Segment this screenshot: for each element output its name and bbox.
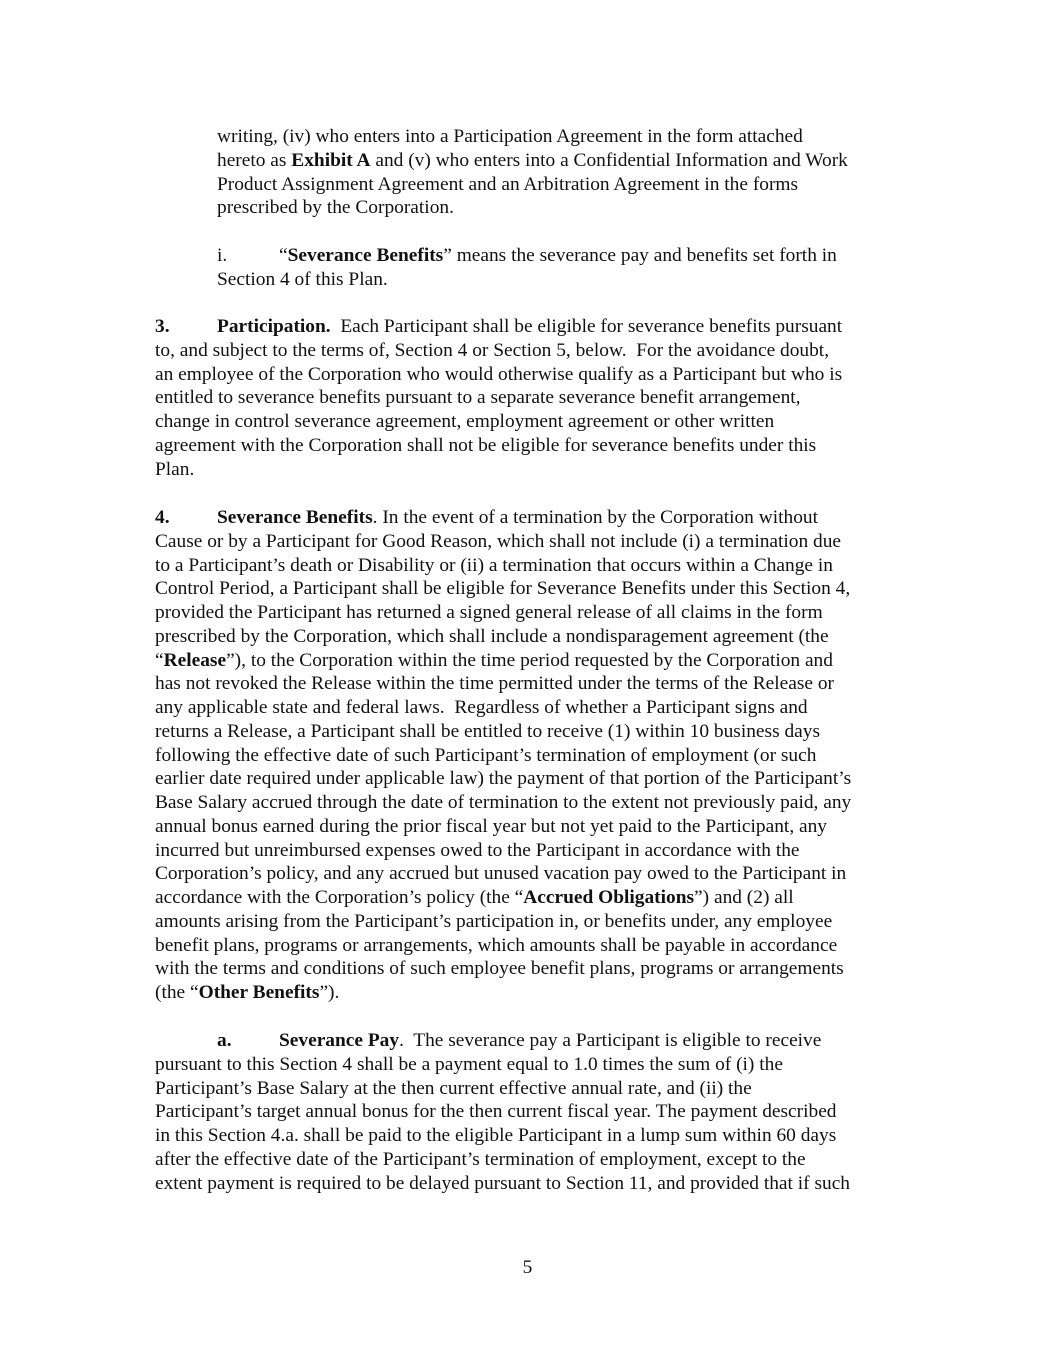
text-line: Product Assignment Agreement and an Arbi… [217,173,848,197]
text-line: entitled to severance benefits pursuant … [155,386,842,410]
text-line: hereto as Exhibit A and (v) who enters i… [217,149,848,173]
text-line: Plan. [155,458,842,482]
definition-severance-benefits: i.“Severance Benefits” means the severan… [217,244,837,292]
section-4a-severance-pay: a.Severance Pay. The severance pay a Par… [155,1029,850,1195]
defined-term: Severance Benefits [288,245,444,266]
text-line: Section 4 of this Plan. [217,268,837,292]
section-heading: Severance Benefits [217,507,373,528]
text-line: Participant’s Base Salary at the then cu… [155,1077,850,1101]
subsection-heading: Severance Pay [279,1030,399,1051]
text-line: Base Salary accrued through the date of … [155,791,851,815]
defined-term: Accrued Obligations [523,887,694,908]
text-line: pursuant to this Section 4 shall be a pa… [155,1053,850,1077]
text-line: any applicable state and federal laws. R… [155,696,851,720]
text-line: with the terms and conditions of such em… [155,957,851,981]
text-line: accordance with the Corporation’s policy… [155,886,851,910]
text-line: incurred but unreimbursed expenses owed … [155,839,851,863]
text-line: Participant’s target annual bonus for th… [155,1100,850,1124]
text-line: annual bonus earned during the prior fis… [155,815,851,839]
defined-term: Other Benefits [199,982,320,1003]
text-line: i.“Severance Benefits” means the severan… [217,244,837,268]
text-line: an employee of the Corporation who would… [155,363,842,387]
text-line: agreement with the Corporation shall not… [155,434,842,458]
text-line: to a Participant’s death or Disability o… [155,554,851,578]
text-line: returns a Release, a Participant shall b… [155,720,851,744]
text-line: writing, (iv) who enters into a Particip… [217,125,848,149]
text-line: prescribed by the Corporation. [217,196,848,220]
text-line: 3.Participation. Each Participant shall … [155,315,842,339]
text-line: provided the Participant has returned a … [155,601,851,625]
subsection-marker: a. [217,1029,279,1053]
document-page: writing, (iv) who enters into a Particip… [0,0,1055,1365]
defined-term: Release [164,650,226,671]
text-line: change in control severance agreement, e… [155,410,842,434]
text-line: following the effective date of such Par… [155,744,851,768]
list-marker: i. [217,244,279,268]
text-line: earlier date required under applicable l… [155,767,851,791]
text-line: Cause or by a Participant for Good Reaso… [155,530,851,554]
text-line: after the effective date of the Particip… [155,1148,850,1172]
section-number: 4. [155,506,217,530]
section-4-severance-benefits: 4.Severance Benefits. In the event of a … [155,506,851,1005]
section-heading: Participation. [217,316,331,337]
text-line: amounts arising from the Participant’s p… [155,910,851,934]
text-line: benefit plans, programs or arrangements,… [155,934,851,958]
exhibit-a-reference: Exhibit A [291,150,370,171]
section-3-participation: 3.Participation. Each Participant shall … [155,315,842,481]
text-line: prescribed by the Corporation, which sha… [155,625,851,649]
continuation-paragraph: writing, (iv) who enters into a Particip… [217,125,848,220]
text-line: Control Period, a Participant shall be e… [155,577,851,601]
page-number: 5 [0,1256,1055,1279]
section-number: 3. [155,315,217,339]
text-line: (the “Other Benefits”). [155,981,851,1005]
text-line: a.Severance Pay. The severance pay a Par… [155,1029,850,1053]
text-line: 4.Severance Benefits. In the event of a … [155,506,851,530]
text-line: in this Section 4.a. shall be paid to th… [155,1124,850,1148]
text-line: has not revoked the Release within the t… [155,672,851,696]
text-line: extent payment is required to be delayed… [155,1172,850,1196]
text-line: Corporation’s policy, and any accrued bu… [155,862,851,886]
text-line: “Release”), to the Corporation within th… [155,649,851,673]
text-line: to, and subject to the terms of, Section… [155,339,842,363]
